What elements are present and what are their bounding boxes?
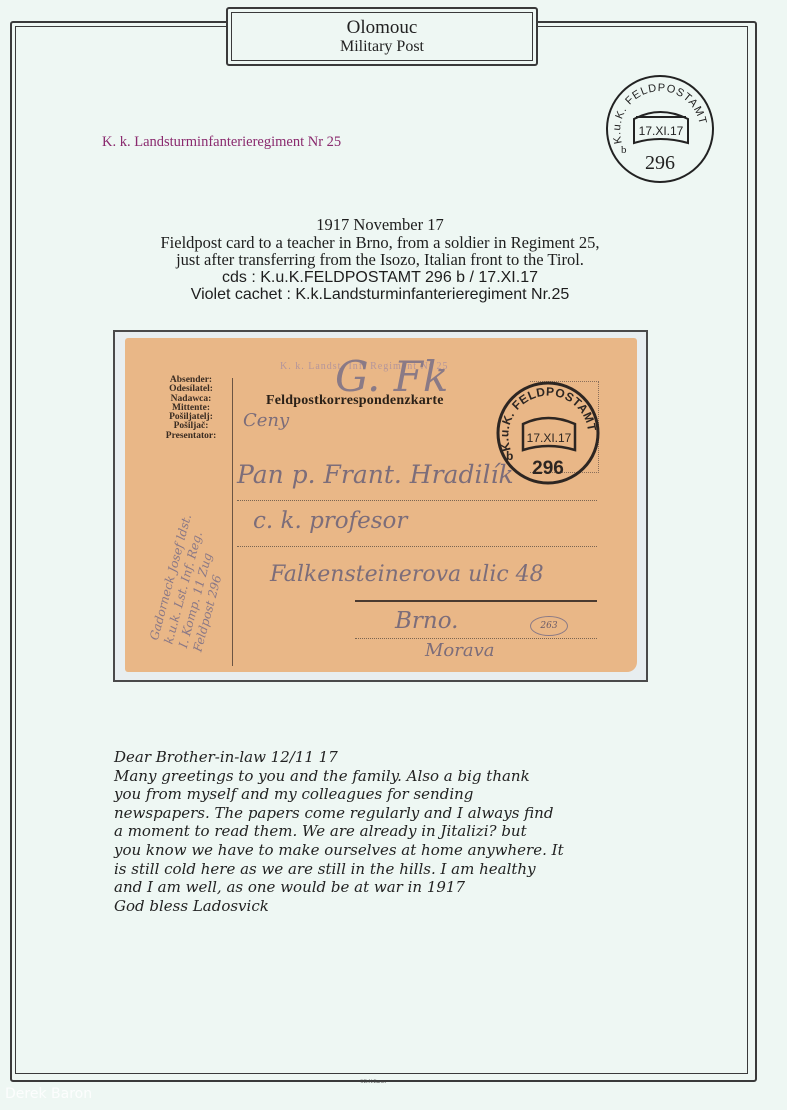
censor-signature: G. Fk [335,352,448,401]
letter-line: and I am well, as one would be at war in… [114,878,674,897]
address-line-2 [237,546,597,547]
postcard-postmark-number: 296 [532,458,564,479]
handwriting-recipient: Pan p. Frant. Hradilík [237,460,514,489]
sender-labels: Absender: Odesílatel: Nadawca: Mittente:… [155,376,227,441]
handwriting-street: Falkensteinerova ulic 48 [270,562,544,587]
description-line2: just after transferring from the Isozo, … [100,251,660,269]
address-line-1 [237,500,597,501]
handwriting-title: c. k. profesor [253,508,407,534]
watermark: Derek Baron [5,1086,92,1102]
address-line-3 [355,638,597,639]
district-number: 263 [530,616,568,636]
page-subtitle: Military Post [340,38,424,56]
regiment-label: K. k. Landsturminfanterieregiment Nr 25 [102,134,341,151]
description-cds: cds : K.u.K.FELDPOSTAMT 296 b / 17.XI.17 [100,269,660,287]
letter-line: you know we have to make ourselves at ho… [114,841,674,860]
postcard-mount: K. k. Landst. Inf. Regiment Nr 25 Absend… [113,330,648,682]
postcard-postmark-letter: b [506,449,513,463]
postcard: K. k. Landst. Inf. Regiment Nr 25 Absend… [125,338,637,672]
description-cachet: Violet cachet : K.k.Landsturminfanterier… [100,286,660,304]
letter-line: God bless Ladosvick [114,897,674,916]
letter-line: newspapers. The papers come regularly an… [114,804,674,823]
handwriting-city: Brno. [395,608,458,634]
letter-line: Dear Brother-in-law 12/11 17 [114,748,674,767]
address-underline [355,600,597,602]
sender-handwriting: Gadorneck Josef ldst. k.u.k. Lst. Inf. R… [147,513,239,654]
letter-line: is still cold here as we are still in th… [114,860,674,879]
description: 1917 November 17 Fieldpost card to a tea… [100,216,660,304]
postcard-postmark: K.u.K. FELDPOSTAMT 17.XI.17 b 296 [493,378,603,488]
postcard-postmark-date: 17.XI.17 [527,431,572,445]
description-line1: Fieldpost card to a teacher in Brno, fro… [100,234,660,252]
letter-translation: Dear Brother-in-law 12/11 17 Many greeti… [114,748,674,915]
title-box: Olomouc Military Post [226,7,538,66]
handwriting-line0: Ceny [243,410,289,431]
postmark-letter: b [621,144,627,156]
letter-line: a moment to read them. We are already in… [114,822,674,841]
letter-line: you from myself and my colleagues for se… [114,785,674,804]
postmark-date: 17.XI.17 [639,124,684,138]
page-title: Olomouc [347,18,418,38]
postmark-number: 296 [645,152,675,174]
sender-divider [232,378,233,666]
copyright-notice: ©D.N.Baron [360,1080,386,1085]
description-date: 1917 November 17 [100,216,660,234]
postmark-illustration: K.u.K. FELDPOSTAMT 17.XI.17 b 296 [604,73,716,185]
letter-line: Many greetings to you and the family. Al… [114,767,674,786]
handwriting-region: Morava [425,640,495,661]
